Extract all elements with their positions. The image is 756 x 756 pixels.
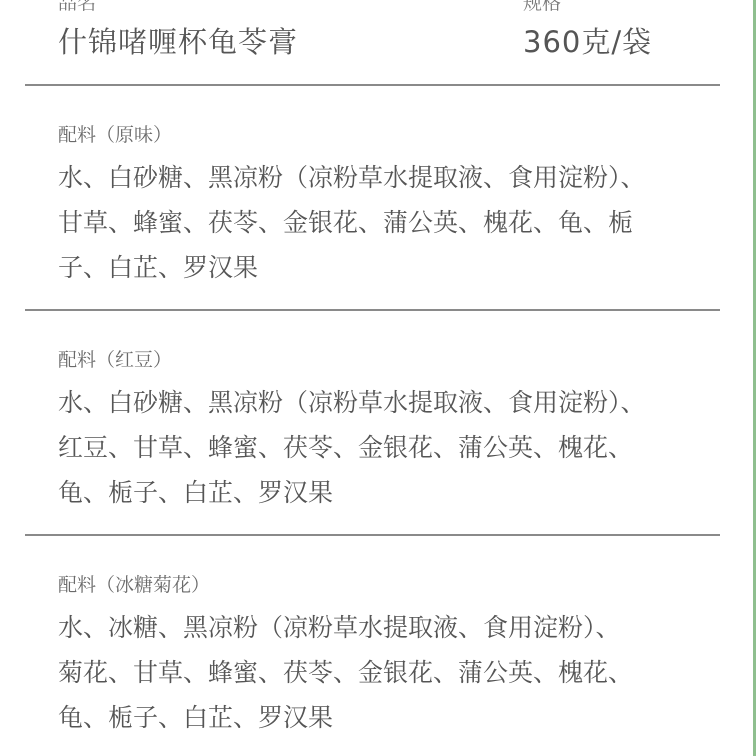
product-name-value: 什锦啫喱杯龟苓膏 (58, 20, 298, 61)
ingredient-line: 菊花、甘草、蜂蜜、茯苓、金银花、蒲公英、槐花、 (58, 650, 708, 695)
section-label-original: 配料（原味） (58, 120, 172, 147)
ingredient-line: 子、白芷、罗汉果 (58, 245, 708, 290)
ingredient-line: 水、白砂糖、黑凉粉（凉粉草水提取液、食用淀粉）、 (58, 380, 708, 425)
ingredient-line: 水、白砂糖、黑凉粉（凉粉草水提取液、食用淀粉）、 (58, 155, 708, 200)
divider (25, 309, 720, 311)
ingredient-line: 红豆、甘草、蜂蜜、茯苓、金银花、蒲公英、槐花、 (58, 425, 708, 470)
product-name-label: 品名 (58, 0, 96, 15)
section-label-chrysanthemum: 配料（冰糖菊花） (58, 570, 210, 597)
ingredient-line: 水、冰糖、黑凉粉（凉粉草水提取液、食用淀粉）、 (58, 605, 708, 650)
section-body-chrysanthemum: 水、冰糖、黑凉粉（凉粉草水提取液、食用淀粉）、 菊花、甘草、蜂蜜、茯苓、金银花、… (58, 605, 708, 740)
divider (25, 84, 720, 86)
ingredient-line: 甘草、蜂蜜、茯苓、金银花、蒲公英、槐花、龟、栀 (58, 200, 708, 245)
section-body-red-bean: 水、白砂糖、黑凉粉（凉粉草水提取液、食用淀粉）、 红豆、甘草、蜂蜜、茯苓、金银花… (58, 380, 708, 515)
divider (25, 534, 720, 536)
spec-label: 规格 (523, 0, 561, 15)
ingredient-line: 龟、栀子、白芷、罗汉果 (58, 695, 708, 740)
section-body-original: 水、白砂糖、黑凉粉（凉粉草水提取液、食用淀粉）、 甘草、蜂蜜、茯苓、金银花、蒲公… (58, 155, 708, 290)
ingredient-line: 龟、栀子、白芷、罗汉果 (58, 470, 708, 515)
spec-value: 360克/袋 (523, 20, 652, 61)
section-label-red-bean: 配料（红豆） (58, 345, 172, 372)
